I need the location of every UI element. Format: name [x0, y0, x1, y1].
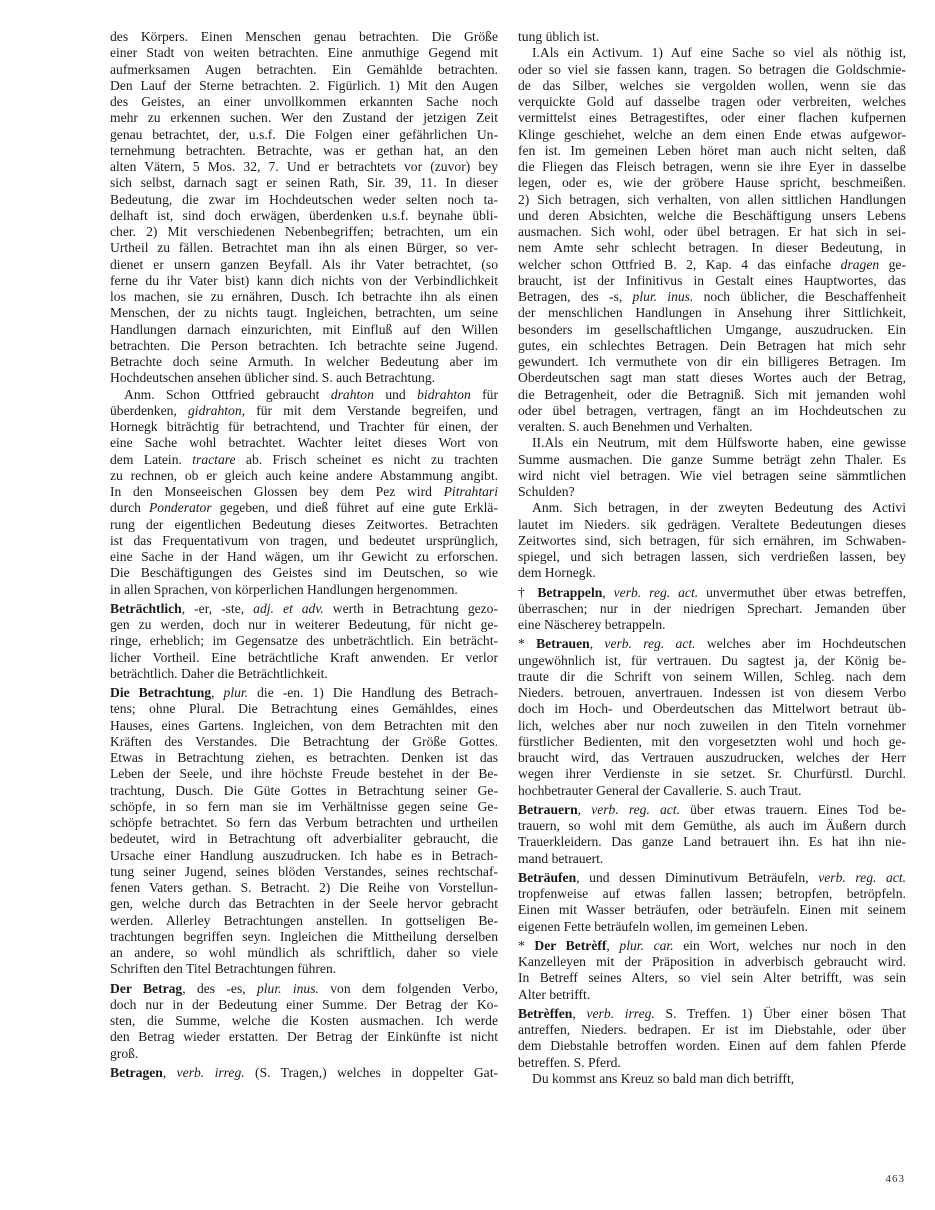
- line-text: beträchtlich. Daher die Beträchtlichkeit…: [110, 666, 328, 681]
- line-text: groß.: [110, 1046, 138, 1061]
- line-text: nem Amte sehr schlecht betragen. In dies…: [518, 240, 906, 255]
- line-text: Schriften den Titel Betrachtungen führen…: [110, 961, 336, 976]
- text-line: in allen Sprachen, von körperlichen Hand…: [110, 582, 498, 598]
- entry-headword-line: Die Betrachtung, plur. die -en. 1) Die H…: [110, 685, 498, 701]
- entry-marker: †: [518, 585, 537, 600]
- line-text: hochbetrauter General der Cavallerie. S.…: [518, 783, 801, 798]
- text-line: de das Silber, welches sie vergolden wol…: [518, 78, 906, 94]
- line-text: licher Vortheil. Eine beträchtliche Kraf…: [110, 650, 498, 665]
- entry-headword-line: * Betrauen, verb. reg. act. welches aber…: [518, 636, 906, 652]
- text-line: den Betrag wieder erstatten. Der Betrag …: [110, 1029, 498, 1045]
- text-line: delhaft ist, sind doch erwägen, überdenk…: [110, 208, 498, 224]
- line-text: zu rechnen, ob er gleich auch keine ande…: [110, 468, 498, 483]
- entry-headword-line: Betrèffen, verb. irreg. S. Treffen. 1) Ü…: [518, 1006, 906, 1022]
- line-text: ,: [602, 585, 613, 600]
- line-text: ist das Frequentativum von tragen, und b…: [110, 533, 498, 548]
- italic-term: tractare: [192, 452, 235, 467]
- text-line: mehr zu erkennen suchen. Wer den Zustand…: [110, 110, 498, 126]
- text-line: groß.: [110, 1046, 498, 1062]
- line-text: Betragen, des -s,: [518, 289, 633, 304]
- line-text: die Fliegen das Fleisch betragen, wenn s…: [518, 159, 906, 174]
- line-text: dem Latein.: [110, 452, 192, 467]
- line-text: vermittelst eines Betragestiftes, oder e…: [518, 110, 906, 125]
- text-line: Leben der Seele, und ihre höchste Freude…: [110, 766, 498, 782]
- italic-term: plur. car.: [619, 938, 673, 953]
- line-text: betreffen. S. Pferd.: [518, 1055, 621, 1070]
- text-line: oder so viel sie fassen kann, tragen. So…: [518, 62, 906, 78]
- line-text: betrachten. Die Person betrachten. Ich b…: [110, 338, 498, 353]
- line-text: Leben der Seele, und ihre höchste Freude…: [110, 766, 498, 781]
- text-line: Handlungen darnach einzurichten, mit Ein…: [110, 322, 498, 338]
- text-line: doch nur in der Bedeutung einer Summe. D…: [110, 997, 498, 1013]
- text-line: Hauses, eines Gartens. Ingleichen, von d…: [110, 718, 498, 734]
- text-line: Nieders. betrouen, anvertrauen. Indessen…: [518, 685, 906, 701]
- text-line: fenen Vaters gethan. S. Betracht. 2) Die…: [110, 880, 498, 896]
- line-text: In Betreff seines Alters, so viel sein A…: [518, 970, 906, 985]
- left-column: des Körpers. Einen Menschen genau betrac…: [110, 29, 498, 1081]
- text-line: hochbetrauter General der Cavallerie. S.…: [518, 783, 906, 799]
- line-text: Alter betrifft.: [518, 987, 590, 1002]
- line-text: gegeben, und dieß führet auf eine gute E…: [212, 500, 498, 515]
- headword: Betragen: [110, 1065, 163, 1080]
- line-text: ge-: [879, 257, 906, 272]
- line-text: bedeutet, wird in Betrachtung oft adverb…: [110, 831, 498, 846]
- line-text: von dem folgenden Verbo,: [319, 981, 498, 996]
- line-text: , und dessen Diminutivum Beträufeln,: [576, 870, 818, 885]
- line-text: an andere, so wohl mündlich als schriftl…: [110, 945, 498, 960]
- text-line: Die Beschäftigungen des Geistes sind im …: [110, 565, 498, 581]
- line-text: Hochdeutschen ansehen üblicher sind. S. …: [110, 370, 435, 385]
- text-line: Menschen, der zu nichts taugt. Ingleiche…: [110, 305, 498, 321]
- headword: Der Betrèff: [534, 938, 606, 953]
- line-text: dem Hornegk.: [518, 565, 596, 580]
- text-line: Schriften den Titel Betrachtungen führen…: [110, 961, 498, 977]
- text-line: tung seiner Jugend, seines blöden Versta…: [110, 864, 498, 880]
- line-text: wegen ihrer Verdienste in sie setzet. Sr…: [518, 766, 906, 781]
- text-line: II.Als ein Neutrum, mit dem Hülfsworte h…: [518, 435, 906, 451]
- line-text: eine Sache wohl betrachtet. Wachter leit…: [110, 435, 498, 450]
- italic-term: verb. reg. act.: [614, 585, 699, 600]
- text-line: besonders im gesellschaftlichen Umgange,…: [518, 322, 906, 338]
- line-text: sten, die Summe, welche die Kosten ausma…: [110, 1013, 498, 1028]
- text-line: schöpfe, in so fern man sie im Verhältni…: [110, 799, 498, 815]
- text-line: Klinge geschiehet, welche an dem einen E…: [518, 127, 906, 143]
- line-text: trauern, so wohl mit dem Gemüthe, als au…: [518, 818, 906, 833]
- line-text: braucht, ist der Infinitivus in Gestalt …: [518, 273, 906, 288]
- text-line: betrachten. Die Person betrachten. Ich b…: [110, 338, 498, 354]
- text-line: ferne du ihr Vater bist) kann dich nicht…: [110, 273, 498, 289]
- dictionary-page: des Körpers. Einen Menschen genau betrac…: [0, 0, 935, 1210]
- text-line: überdenken, gidrahton, für mit dem Verst…: [110, 403, 498, 419]
- line-text: Klinge geschiehet, welche an dem einen E…: [518, 127, 906, 142]
- text-line: Urtheil zu fällen. Betrachtet man ihn al…: [110, 240, 498, 256]
- right-column: tung üblich ist.I.Als ein Activum. 1) Au…: [518, 29, 906, 1087]
- text-line: Anm. Sich betragen, in der zweyten Bedeu…: [518, 500, 906, 516]
- text-line: oder übel betragen, vertragen, fängt an …: [518, 403, 906, 419]
- line-text: für mit dem Verstande begreifen, und: [245, 403, 498, 418]
- text-line: schöpfe betrachtet. So fern das Verbum b…: [110, 815, 498, 831]
- headword: Der Betrag: [110, 981, 182, 996]
- text-line: antreffen, Nieders. bedrapen. Er ist im …: [518, 1022, 906, 1038]
- entry-headword-line: Betragen, verb. irreg. (S. Tragen,) welc…: [110, 1065, 498, 1081]
- text-line: Bedeutung, die zwar im Hochdeutschen wed…: [110, 192, 498, 208]
- line-text: Summe ausmachen. Die ganze Summe beträgt…: [518, 452, 906, 467]
- text-line: spiegel, und sich betragen lassen, sich …: [518, 549, 906, 565]
- text-line: beträchtlich. Daher die Beträchtlichkeit…: [110, 666, 498, 682]
- entry-headword-line: † Betrappeln, verb. reg. act. unvermuthe…: [518, 585, 906, 601]
- text-line: die Betragenheit, oder die Betragniß. Si…: [518, 387, 906, 403]
- line-text: ausmachen. Sich wohl, oder übel betragen…: [518, 224, 906, 239]
- line-text: veralten. S. auch Benehmen und Verhalten…: [518, 419, 753, 434]
- line-text: mehr zu erkennen suchen. Wer den Zustand…: [110, 110, 498, 125]
- line-text: des Körpers. Einen Menschen genau betrac…: [110, 29, 498, 44]
- line-text: S. Treffen. 1) Über einer bösen That: [655, 1006, 906, 1021]
- text-line: lich, welches aber nur noch zuweilen in …: [518, 718, 906, 734]
- text-line: Zeitwortes sind, sich betragen, für sich…: [518, 533, 906, 549]
- text-line: welcher schon Ottfried B. 2, Kap. 4 das …: [518, 257, 906, 273]
- line-text: ,: [211, 685, 223, 700]
- line-text: antreffen, Nieders. bedrapen. Er ist im …: [518, 1022, 906, 1037]
- entry-marker: *: [518, 938, 534, 953]
- line-text: In den Monseeischen Glossen bey dem Pez …: [110, 484, 444, 499]
- line-text: genau betrachtet, der, u.s.f. Die Folgen…: [110, 127, 498, 142]
- line-text: Oberdeutschen sagt man statt dieses Wort…: [518, 370, 906, 385]
- text-line: In Betreff seines Alters, so viel sein A…: [518, 970, 906, 986]
- entry-headword-line: * Der Betrèff, plur. car. ein Wort, welc…: [518, 938, 906, 954]
- line-text: lautet im Nieders. sik gedrägen. Veralte…: [518, 517, 906, 532]
- line-text: über etwas trauern. Eines Tod be-: [680, 802, 906, 817]
- entry-headword-line: Der Betrag, des -es, plur. inus. von dem…: [110, 981, 498, 997]
- entry-headword-line: Beträufen, und dessen Diminutivum Beträu…: [518, 870, 906, 886]
- line-text: lich, welches aber nur noch zuweilen in …: [518, 718, 906, 733]
- line-text: Betrachte doch seine Armuth. In welcher …: [110, 354, 498, 369]
- text-line: ist das Frequentativum von tragen, und b…: [110, 533, 498, 549]
- text-line: Kanzelleyen mit der Präposition in adver…: [518, 954, 906, 970]
- line-text: Hauses, eines Gartens. Ingleichen, von d…: [110, 718, 498, 733]
- text-line: veralten. S. auch Benehmen und Verhalten…: [518, 419, 906, 435]
- text-line: Summe ausmachen. Die ganze Summe beträgt…: [518, 452, 906, 468]
- line-text: gen, welche durch das Betrachten in der …: [110, 896, 498, 911]
- text-line: Ursache einer Handlung auszudrucken. Ich…: [110, 848, 498, 864]
- line-text: Menschen, der zu nichts taugt. Ingleiche…: [110, 305, 498, 320]
- text-line: Trauerkleidern. Das ganze Land betrauert…: [518, 834, 906, 850]
- line-text: alten Vätern, 5 Mos. 32, 7. Und er betra…: [110, 159, 498, 174]
- italic-term: verb. reg. act.: [604, 636, 695, 651]
- line-text: ,: [163, 1065, 177, 1080]
- text-line: durch Ponderator gegeben, und dieß führe…: [110, 500, 498, 516]
- line-text: noch üblicher, die Beschaffenheit: [693, 289, 906, 304]
- line-text: Anm. Sich betragen, in der zweyten Bedeu…: [532, 500, 906, 515]
- line-text: eine Sache in der Hand wägen, um ihr Gew…: [110, 549, 498, 564]
- italic-term: verb. reg. act.: [591, 802, 680, 817]
- headword: Betrappeln: [537, 585, 602, 600]
- line-text: ferne du ihr Vater bist) kann dich nicht…: [110, 273, 498, 288]
- line-text: trachtungen begriffen seyn. Ingleichen d…: [110, 929, 498, 944]
- line-text: Schulden?: [518, 484, 575, 499]
- text-line: werden. Allerley Betrachtungen anstellen…: [110, 913, 498, 929]
- text-line: tropfenweise auf etwas fallen lassen; be…: [518, 886, 906, 902]
- text-line: Einen mit Wasser beträufen, oder beträuf…: [518, 902, 906, 918]
- text-line: trauern, so wohl mit dem Gemüthe, als au…: [518, 818, 906, 834]
- italic-term: verb. irreg.: [586, 1006, 654, 1021]
- line-text: delhaft ist, sind doch erwägen, überdenk…: [110, 208, 498, 223]
- text-line: Etwas in Betrachtung ziehen, es betracht…: [110, 750, 498, 766]
- text-line: Anm. Schon Ottfried gebraucht drahton un…: [110, 387, 498, 403]
- headword: Betrauern: [518, 802, 578, 817]
- text-line: ausmachen. Sich wohl, oder übel betragen…: [518, 224, 906, 240]
- line-text: dienet er unsern ganzen Beyfall. Als ihr…: [110, 257, 498, 272]
- text-line: eine Näscherey betrappeln.: [518, 617, 906, 633]
- headword: Die Betrachtung: [110, 685, 211, 700]
- line-text: Urtheil zu fällen. Betrachtet man ihn al…: [110, 240, 498, 255]
- text-line: lautet im Nieders. sik gedrägen. Veralte…: [518, 517, 906, 533]
- text-line: fürstlicher Bedienten, mit den vorgesetz…: [518, 734, 906, 750]
- text-line: mand betrauert.: [518, 851, 906, 867]
- text-line: eine Sache wohl betrachtet. Wachter leit…: [110, 435, 498, 451]
- italic-term: plur. inus.: [633, 289, 694, 304]
- line-text: aufmerksamen Augen betrachten. Ein Gemäh…: [110, 62, 498, 77]
- text-line: einer Stadt von weiten betrachten. Eine …: [110, 45, 498, 61]
- text-line: Schulden?: [518, 484, 906, 500]
- italic-term: Ponderator: [149, 500, 212, 515]
- line-text: (S. Tragen,) welches in doppelter Gat-: [245, 1065, 498, 1080]
- italic-term: bidrahton: [417, 387, 471, 402]
- text-line: nem Amte sehr schlecht betragen. In dies…: [518, 240, 906, 256]
- text-line: trachtungen begriffen seyn. Ingleichen d…: [110, 929, 498, 945]
- line-text: die -en. 1) Die Handlung des Betrach-: [248, 685, 498, 700]
- italic-term: plur. inus.: [257, 981, 319, 996]
- text-line: wegen ihrer Verdienste in sie setzet. Sr…: [518, 766, 906, 782]
- line-text: Zeitwortes sind, sich betragen, für sich…: [518, 533, 906, 548]
- line-text: Hornegk biträchtig für betrachtend, und …: [110, 419, 498, 434]
- text-line: Hornegk biträchtig für betrachtend, und …: [110, 419, 498, 435]
- text-line: ringe, erheblich; im Gegensatze des unbe…: [110, 633, 498, 649]
- line-text: überdenken,: [110, 403, 188, 418]
- line-text: Kräften des Verstandes. Die Betrachtung …: [110, 734, 498, 749]
- line-text: dem Diebstahle betroffen worden. Einen a…: [518, 1038, 906, 1053]
- line-text: II.Als ein Neutrum, mit dem Hülfsworte h…: [532, 435, 906, 450]
- italic-term: plur.: [224, 685, 249, 700]
- line-text: welches aber im Hochdeutschen: [696, 636, 906, 651]
- text-line: an andere, so wohl mündlich als schriftl…: [110, 945, 498, 961]
- text-line: braucht, ist der Infinitivus in Gestalt …: [518, 273, 906, 289]
- line-text: legen, oder es, wie der gröbere Hause sp…: [518, 175, 906, 190]
- line-text: und: [374, 387, 417, 402]
- line-text: doch im Hoch- und Oberdeutschen das Mitt…: [518, 701, 906, 716]
- line-text: , des -es,: [182, 981, 257, 996]
- text-line: 2) Sich betragen, sich verhalten, von al…: [518, 192, 906, 208]
- text-line: sich selbst, darnach sagt er seinen Rath…: [110, 175, 498, 191]
- text-line: Hochdeutschen ansehen üblicher sind. S. …: [110, 370, 498, 386]
- text-line: des Geistes, an einer unvollkommen erkan…: [110, 94, 498, 110]
- text-line: gewundert. Ich vermuthete von dir ein bi…: [518, 354, 906, 370]
- line-text: eine Näscherey betrappeln.: [518, 617, 666, 632]
- line-text: rung der eigentlichen Bedeutung dieses Z…: [110, 517, 498, 532]
- line-text: spiegel, und sich betragen lassen, sich …: [518, 549, 906, 564]
- line-text: Etwas in Betrachtung ziehen, es betracht…: [110, 750, 498, 765]
- text-line: Du kommst ans Kreuz so bald man dich bet…: [518, 1071, 906, 1087]
- text-line: doch im Hoch- und Oberdeutschen das Mitt…: [518, 701, 906, 717]
- line-text: tens; ohne Plural. Die Betrachtung eines…: [110, 701, 498, 716]
- line-text: oder so viel sie fassen kann, tragen. So…: [518, 62, 906, 77]
- text-line: Betrachte doch seine Armuth. In welcher …: [110, 354, 498, 370]
- text-line: braucht wird, das Vertrauen auszudrucken…: [518, 750, 906, 766]
- line-text: fenen Vaters gethan. S. Betracht. 2) Die…: [110, 880, 498, 895]
- line-text: ringe, erheblich; im Gegensatze des unbe…: [110, 633, 498, 648]
- line-text: doch nur in der Bedeutung einer Summe. D…: [110, 997, 498, 1012]
- text-line: los machen, sie zu ernähren, Dusch. Ich …: [110, 289, 498, 305]
- text-line: rung der eigentlichen Bedeutung dieses Z…: [110, 517, 498, 533]
- text-line: eine Sache in der Hand wägen, um ihr Gew…: [110, 549, 498, 565]
- text-line: dem Latein. tractare ab. Frisch scheinet…: [110, 452, 498, 468]
- text-line: alten Vätern, 5 Mos. 32, 7. Und er betra…: [110, 159, 498, 175]
- line-text: wird nicht viel betragen. Wie viel betra…: [518, 468, 906, 483]
- text-line: gutes, ein schlechtes Betragen. Dein Bet…: [518, 338, 906, 354]
- line-text: oder übel betragen, vertragen, fängt an …: [518, 403, 906, 418]
- line-text: Trauerkleidern. Das ganze Land betrauert…: [518, 834, 906, 849]
- line-text: die Betragenheit, oder die Betragniß. Si…: [518, 387, 906, 402]
- line-text: ein Wort, welches nur noch in den: [674, 938, 906, 953]
- line-text: Ursache einer Handlung auszudrucken. Ich…: [110, 848, 498, 863]
- line-text: schöpfe, in so fern man sie im Verhältni…: [110, 799, 498, 814]
- text-line: cher. 2) Mit verschiedenen Nebenbegriffe…: [110, 224, 498, 240]
- text-line: In den Monseeischen Glossen bey dem Pez …: [110, 484, 498, 500]
- line-text: cher. 2) Mit verschiedenen Nebenbegriffe…: [110, 224, 498, 239]
- headword: Beträchtlich: [110, 601, 182, 616]
- italic-term: verb. irreg.: [177, 1065, 245, 1080]
- italic-term: gidrahton,: [188, 403, 245, 418]
- line-text: gutes, ein schlechtes Betragen. Dein Bet…: [518, 338, 906, 353]
- text-line: Alter betrifft.: [518, 987, 906, 1003]
- line-text: unvermuthet über etwas betreffen,: [698, 585, 906, 600]
- text-line: aufmerksamen Augen betrachten. Ein Gemäh…: [110, 62, 498, 78]
- line-text: Kanzelleyen mit der Präposition in adver…: [518, 954, 906, 969]
- text-line: Den Lauf der Sterne betrachten. 2. Figür…: [110, 78, 498, 94]
- text-line: trachtung, Dusch. Die Güte Gottes in Bet…: [110, 783, 498, 799]
- text-line: gen, welche durch das Betrachten in der …: [110, 896, 498, 912]
- line-text: in allen Sprachen, von körperlichen Hand…: [110, 582, 458, 597]
- text-line: tung üblich ist.: [518, 29, 906, 45]
- line-text: und deren Absichten, welche die Beschäft…: [518, 208, 906, 223]
- headword: Betrauen: [536, 636, 590, 651]
- line-text: tropfenweise auf etwas fallen lassen; be…: [518, 886, 906, 901]
- text-line: und deren Absichten, welche die Beschäft…: [518, 208, 906, 224]
- text-line: überraschen; nur in der niedrigen Sprech…: [518, 601, 906, 617]
- line-text: Anm. Schon Ottfried gebraucht: [124, 387, 331, 402]
- italic-term: Pitrahtari: [444, 484, 498, 499]
- line-text: trachtung, Dusch. Die Güte Gottes in Bet…: [110, 783, 498, 798]
- line-text: ,: [572, 1006, 586, 1021]
- line-text: braucht wird, das Vertrauen auszudrucken…: [518, 750, 906, 765]
- line-text: tung üblich ist.: [518, 29, 599, 44]
- line-text: fen ist. Im gemeinen Leben höret man auc…: [518, 143, 906, 158]
- entry-headword-line: Betrauern, verb. reg. act. über etwas tr…: [518, 802, 906, 818]
- italic-term: dragen: [841, 257, 880, 272]
- line-text: Einen mit Wasser beträufen, oder beträuf…: [518, 902, 906, 917]
- line-text: eigenen Fette beträufeln wollen, im geme…: [518, 919, 808, 934]
- text-line: fen ist. Im gemeinen Leben höret man auc…: [518, 143, 906, 159]
- line-text: gen zu werden, doch nur in weiterer Bede…: [110, 617, 498, 632]
- text-line: ungewöhnlich ist, für vertrauen. Du sagt…: [518, 653, 906, 669]
- line-text: Den Lauf der Sterne betrachten. 2. Figür…: [110, 78, 498, 93]
- line-text: , -er, -ste,: [182, 601, 253, 616]
- line-text: werden. Allerley Betrachtungen anstellen…: [110, 913, 498, 928]
- line-text: den Betrag wieder erstatten. Der Betrag …: [110, 1029, 498, 1044]
- text-line: gen zu werden, doch nur in weiterer Bede…: [110, 617, 498, 633]
- line-text: gewundert. Ich vermuthete von dir ein bi…: [518, 354, 906, 369]
- line-text: los machen, sie zu ernähren, Dusch. Ich …: [110, 289, 498, 304]
- line-text: ,: [590, 636, 605, 651]
- text-line: genau betrachtet, der, u.s.f. Die Folgen…: [110, 127, 498, 143]
- line-text: Nieders. betrouen, anvertrauen. Indessen…: [518, 685, 906, 700]
- line-text: verquickte Gold auf dasselbe tragen oder…: [518, 94, 906, 109]
- line-text: überraschen; nur in der niedrigen Sprech…: [518, 601, 906, 616]
- line-text: Du kommst ans Kreuz so bald man dich bet…: [532, 1071, 794, 1086]
- line-text: sich selbst, darnach sagt er seinen Rath…: [110, 175, 498, 190]
- text-line: dienet er unsern ganzen Beyfall. Als ihr…: [110, 257, 498, 273]
- line-text: werth in Betrachtung gezo-: [324, 601, 498, 616]
- line-text: Bedeutung, die zwar im Hochdeutschen wed…: [110, 192, 498, 207]
- text-line: Oberdeutschen sagt man statt dieses Wort…: [518, 370, 906, 386]
- text-line: sten, die Summe, welche die Kosten ausma…: [110, 1013, 498, 1029]
- line-text: durch: [110, 500, 149, 515]
- line-text: besonders im gesellschaftlichen Umgange,…: [518, 322, 906, 337]
- text-line: Kräften des Verstandes. Die Betrachtung …: [110, 734, 498, 750]
- text-line: zu rechnen, ob er gleich auch keine ande…: [110, 468, 498, 484]
- text-line: verquickte Gold auf dasselbe tragen oder…: [518, 94, 906, 110]
- text-line: wird nicht viel betragen. Wie viel betra…: [518, 468, 906, 484]
- headword: Betrèffen: [518, 1006, 572, 1021]
- page-number: 463: [886, 1173, 906, 1185]
- text-line: betreffen. S. Pferd.: [518, 1055, 906, 1071]
- italic-term: drahton: [331, 387, 374, 402]
- text-line: legen, oder es, wie der gröbere Hause sp…: [518, 175, 906, 191]
- headword: Beträufen: [518, 870, 576, 885]
- text-line: ternehmung betrachten. Betrachte, was er…: [110, 143, 498, 159]
- line-text: mand betrauert.: [518, 851, 603, 866]
- line-text: ternehmung betrachten. Betrachte, was er…: [110, 143, 498, 158]
- line-text: einer Stadt von weiten betrachten. Eine …: [110, 45, 498, 60]
- text-line: der menschlichen Handlungen in Ansehung …: [518, 305, 906, 321]
- text-line: tens; ohne Plural. Die Betrachtung eines…: [110, 701, 498, 717]
- italic-term: adj. et adv.: [253, 601, 324, 616]
- line-text: des Geistes, an einer unvollkommen erkan…: [110, 94, 498, 109]
- line-text: de das Silber, welches sie vergolden wol…: [518, 78, 906, 93]
- line-text: ,: [578, 802, 592, 817]
- line-text: schöpfe betrachtet. So fern das Verbum b…: [110, 815, 498, 830]
- text-line: bedeutet, wird in Betrachtung oft adverb…: [110, 831, 498, 847]
- text-line: traute dir die Schrift von seinem Willen…: [518, 669, 906, 685]
- line-text: ,: [606, 938, 619, 953]
- line-text: der menschlichen Handlungen in Ansehung …: [518, 305, 906, 320]
- entry-marker: *: [518, 636, 536, 651]
- entry-headword-line: Beträchtlich, -er, -ste, adj. et adv. we…: [110, 601, 498, 617]
- text-line: dem Diebstahle betroffen worden. Einen a…: [518, 1038, 906, 1054]
- text-line: vermittelst eines Betragestiftes, oder e…: [518, 110, 906, 126]
- text-line: die Fliegen das Fleisch betragen, wenn s…: [518, 159, 906, 175]
- italic-term: verb. reg. act.: [818, 870, 906, 885]
- line-text: Die Beschäftigungen des Geistes sind im …: [110, 565, 498, 580]
- text-line: I.Als ein Activum. 1) Auf eine Sache so …: [518, 45, 906, 61]
- line-text: Handlungen darnach einzurichten, mit Ein…: [110, 322, 498, 337]
- line-text: tung seiner Jugend, seines blöden Versta…: [110, 864, 498, 879]
- text-line: licher Vortheil. Eine beträchtliche Kraf…: [110, 650, 498, 666]
- line-text: ungewöhnlich ist, für vertrauen. Du sagt…: [518, 653, 906, 668]
- text-line: Betragen, des -s, plur. inus. noch üblic…: [518, 289, 906, 305]
- text-line: dem Hornegk.: [518, 565, 906, 581]
- line-text: fürstlicher Bedienten, mit den vorgesetz…: [518, 734, 906, 749]
- line-text: für: [471, 387, 498, 402]
